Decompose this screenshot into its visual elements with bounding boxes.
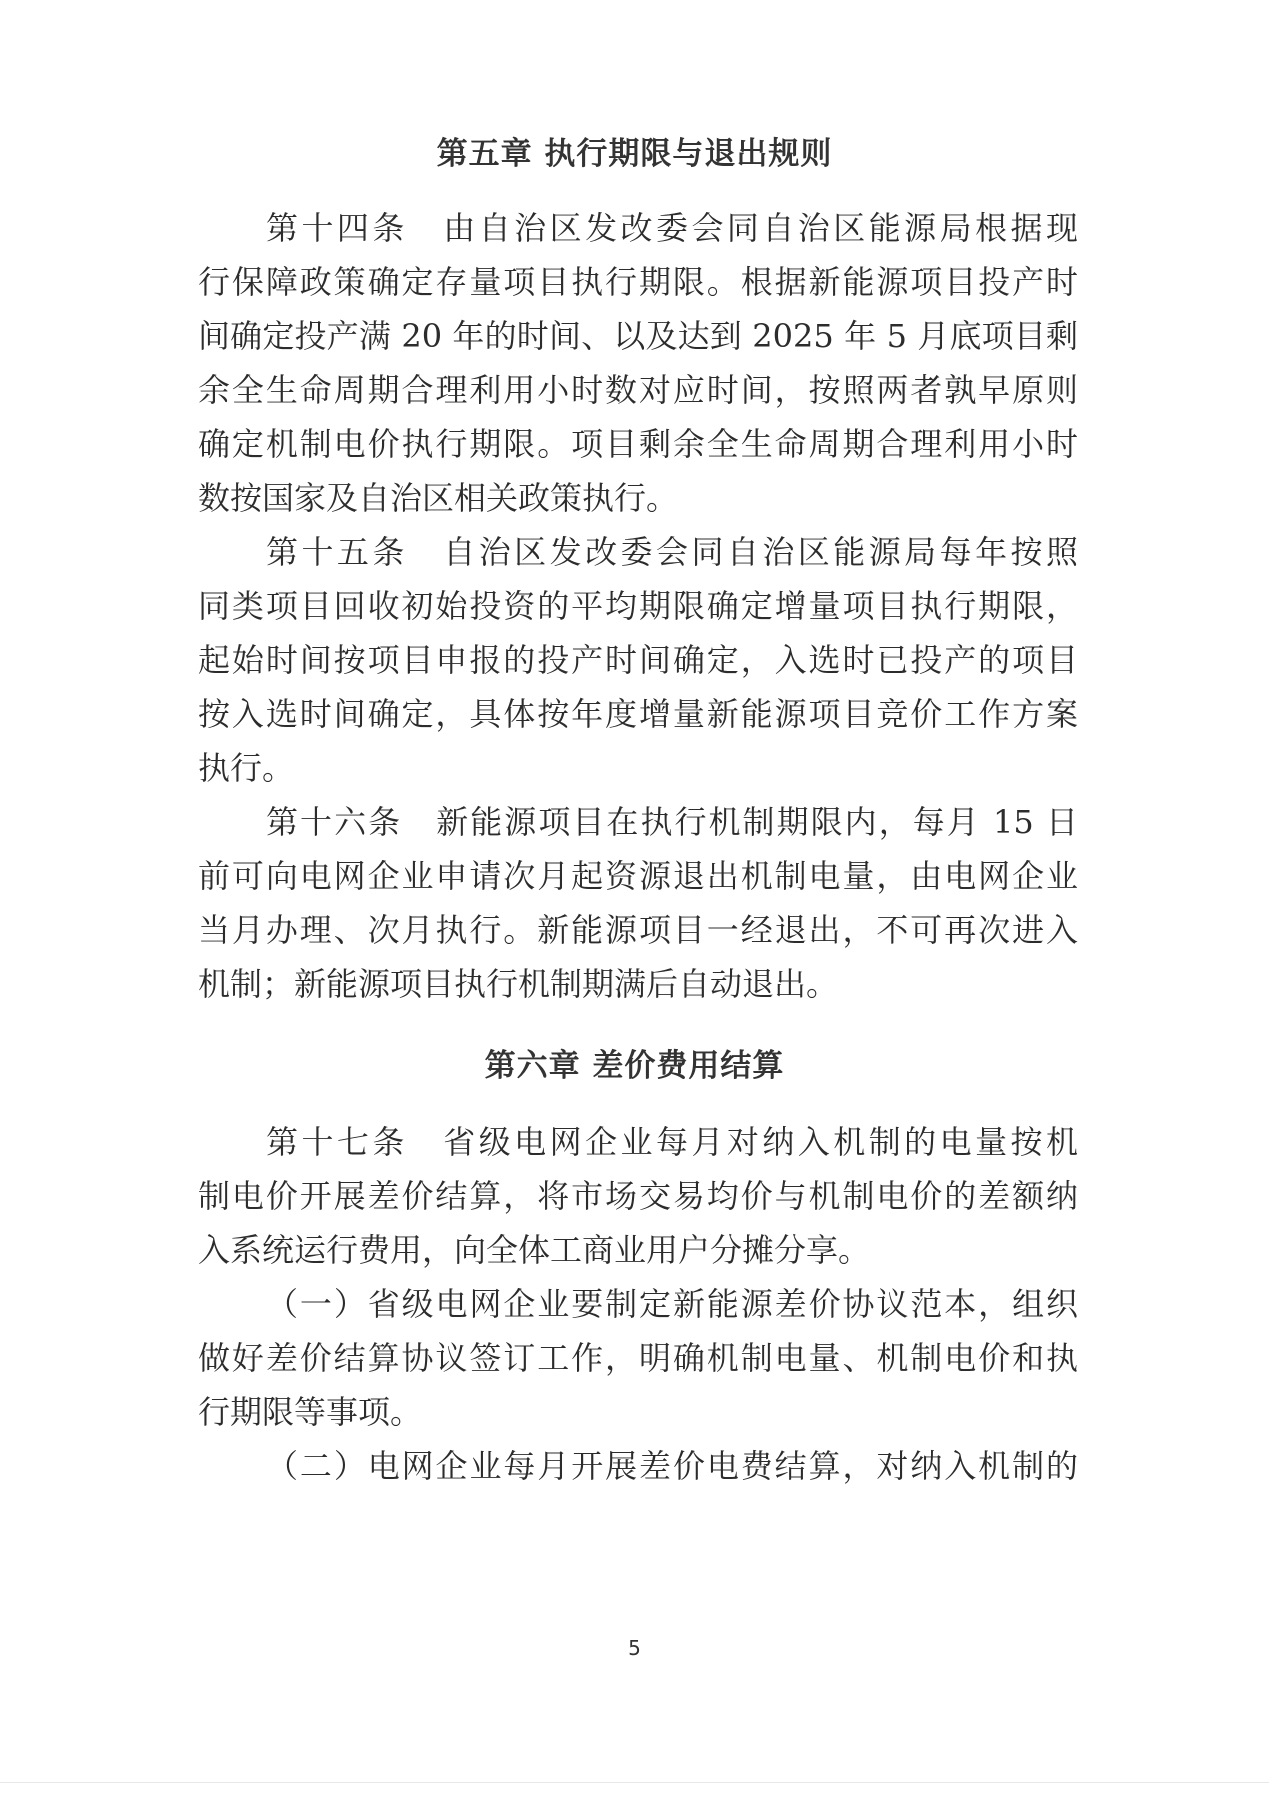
paragraph-line: 做好差价结算协议签订工作，明确机制电量、机制电价和执: [198, 1336, 1078, 1380]
document-page: 第五章 执行期限与退出规则 第十四条 由自治区发改委会同自治区能源局根据现 行保…: [0, 0, 1269, 1794]
paragraph-line: 起始时间按项目申报的投产时间确定，入选时已投产的项目: [198, 638, 1078, 682]
paragraph-line: 当月办理、次月执行。新能源项目一经退出，不可再次进入: [198, 908, 1078, 952]
paragraph-line: 第十四条 由自治区发改委会同自治区能源局根据现: [266, 206, 1078, 250]
paragraph-line: 入系统运行费用，向全体工商业用户分摊分享。: [198, 1228, 1078, 1272]
paragraph-line: 机制；新能源项目执行机制期满后自动退出。: [198, 962, 1078, 1006]
paragraph-line: 同类项目回收初始投资的平均期限确定增量项目执行期限，: [198, 584, 1078, 628]
paragraph-line: 数按国家及自治区相关政策执行。: [198, 476, 1078, 520]
paragraph-line: 前可向电网企业申请次月起资源退出机制电量，由电网企业: [198, 854, 1078, 898]
paragraph-line: 按入选时间确定，具体按年度增量新能源项目竞价工作方案: [198, 692, 1078, 736]
paragraph-line: 执行。: [198, 746, 1078, 790]
paragraph-line: 第十五条 自治区发改委会同自治区能源局每年按照: [266, 530, 1078, 574]
paragraph-line: 行期限等事项。: [198, 1390, 1078, 1434]
paragraph-line: 行保障政策确定存量项目执行期限。根据新能源项目投产时: [198, 260, 1078, 304]
chapter-6-title: 第六章 差价费用结算: [0, 1040, 1269, 1085]
paragraph-line: 余全生命周期合理利用小时数对应时间，按照两者孰早原则: [198, 368, 1078, 412]
paragraph-line: （一）省级电网企业要制定新能源差价协议范本，组织: [266, 1282, 1078, 1326]
paragraph-line: 间确定投产满 20 年的时间、以及达到 2025 年 5 月底项目剩: [198, 314, 1078, 358]
chapter-5-title: 第五章 执行期限与退出规则: [0, 128, 1269, 173]
paragraph-line: 第十六条 新能源项目在执行机制期限内，每月 15 日: [266, 800, 1078, 844]
paragraph-line: 第十七条 省级电网企业每月对纳入机制的电量按机: [266, 1120, 1078, 1164]
page-edge-divider: [0, 1782, 1269, 1783]
paragraph-line: （二）电网企业每月开展差价电费结算，对纳入机制的: [266, 1444, 1078, 1488]
paragraph-line: 确定机制电价执行期限。项目剩余全生命周期合理利用小时: [198, 422, 1078, 466]
page-number: 5: [0, 1636, 1269, 1660]
paragraph-line: 制电价开展差价结算，将市场交易均价与机制电价的差额纳: [198, 1174, 1078, 1218]
